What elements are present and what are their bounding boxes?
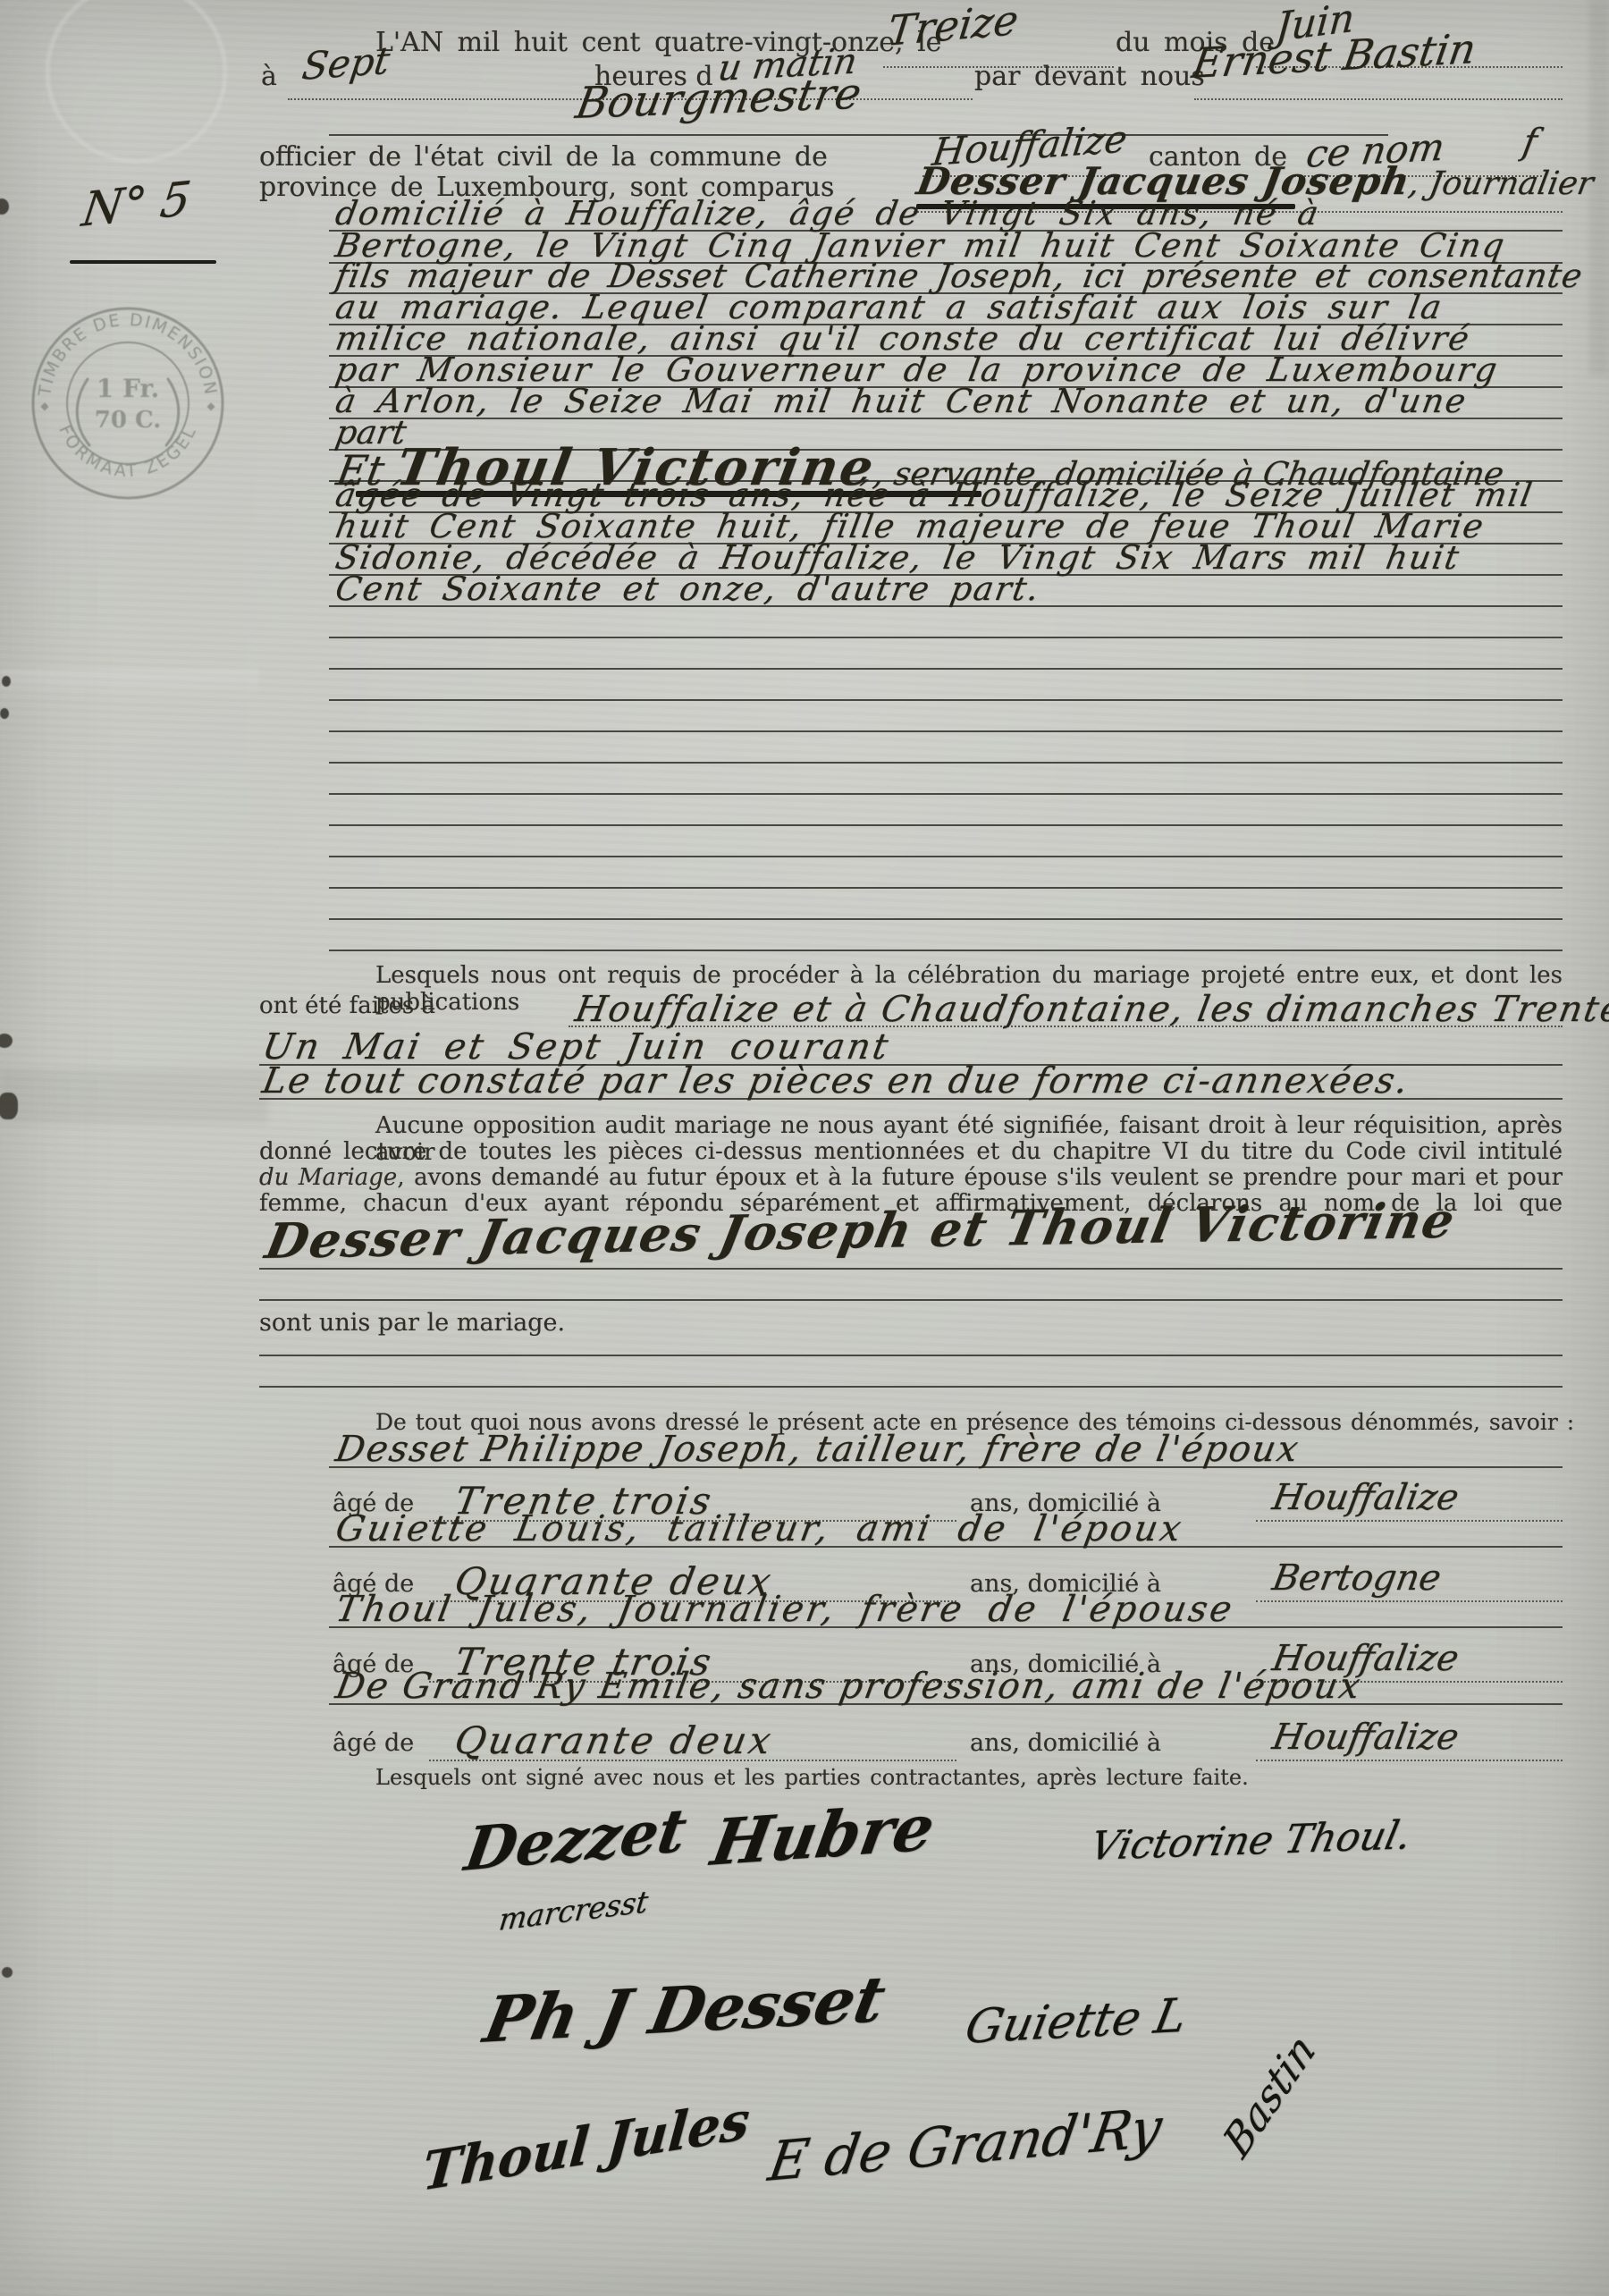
- embossed-seal: [46, 0, 226, 162]
- groom-occupation: , Journalier: [1406, 165, 1596, 202]
- signature: Ph J Desset: [478, 1962, 891, 2057]
- signature: Victorine Thoul.: [1086, 1812, 1416, 1870]
- binding-hole: [0, 1034, 13, 1048]
- witness-age-prefix: âgé de: [333, 1729, 414, 1757]
- marriage-act-scan: N° 5 TIMBRE DE DIMENSION FORMAAT ZEGEL 1…: [0, 0, 1609, 2296]
- handwritten-day: Treize: [885, 0, 1021, 55]
- handwritten-officer-title: Bourgmestre: [572, 69, 865, 129]
- bride-line: Cent Soixante et onze, d'autre part.: [333, 570, 1044, 608]
- dotted-line: [288, 98, 585, 100]
- groom-line: à Arlon, le Seize Mai mil huit Cent Nona…: [333, 382, 1470, 420]
- witness-name-line: Desset Philippe Joseph, tailleur, frère …: [333, 1429, 1303, 1470]
- witness-place: Houffalize: [1269, 1477, 1462, 1518]
- witness-name-line: Guiette Louis, tailleur, ami de l'époux: [333, 1508, 1187, 1549]
- opposition-italic-term: du Mariage: [259, 1164, 397, 1191]
- ruled-line: [329, 762, 1563, 764]
- publications-made-at-label: ont été faites à: [259, 992, 435, 1019]
- fold-streak: [0, 1069, 268, 1123]
- ink-underline: [70, 260, 216, 264]
- fold-streak: [0, 669, 259, 705]
- stamp-ornament-right: ◆: [206, 400, 215, 412]
- publications-places: Houffalize et à Chaudfontaine, les diman…: [572, 989, 1609, 1030]
- witness-name-line: De Grand'Ry Emile, sans profession, ami …: [333, 1666, 1365, 1707]
- ruled-line: [329, 856, 1563, 857]
- witness-name-line: Thoul Jules, Journalier, frère de l'épou…: [333, 1589, 1237, 1630]
- closing-statement: Lesquels ont signé avec nous et les part…: [375, 1765, 1249, 1790]
- ruled-line: [329, 793, 1563, 795]
- signature: E de Grand'Ry: [764, 2096, 1166, 2194]
- ruled-line: [329, 950, 1563, 951]
- dotted-line: [1256, 1760, 1563, 1761]
- binding-hole: [0, 198, 9, 215]
- witness-place: Bertogne: [1269, 1557, 1445, 1599]
- union-statement: sont unis par le mariage.: [259, 1309, 565, 1337]
- ruled-line: [259, 1299, 1563, 1301]
- ruled-line: [259, 1268, 1563, 1270]
- stamp-value-francs: 1 Fr.: [97, 374, 160, 403]
- witness-domicile-label: ans, domicilié à: [970, 1729, 1161, 1757]
- ruled-line: [329, 887, 1563, 889]
- handwritten-paraph: f: [1520, 122, 1540, 163]
- binding-hole: [2, 1967, 13, 1978]
- ruled-line: [329, 668, 1563, 670]
- edge-shadow: [1589, 0, 1609, 376]
- opposition-line: donné lecture de toutes les pièces ci-de…: [259, 1138, 1563, 1165]
- ruled-line: [329, 637, 1563, 638]
- publications-closing: Le tout constaté par les pièces en due f…: [259, 1060, 1412, 1102]
- ruled-line: [329, 699, 1563, 701]
- stamp-value-centimes: 70 C.: [95, 407, 162, 434]
- dotted-line: [1194, 98, 1563, 100]
- printed-at-label: à: [261, 61, 277, 92]
- ruled-line: [329, 730, 1563, 732]
- binding-smudge: [0, 1093, 18, 1119]
- ruled-line: [329, 918, 1563, 920]
- witness-age-value: Quarante deux: [451, 1718, 777, 1762]
- signature: Thoul Jules: [420, 2089, 752, 2203]
- handwritten-hour: Sept: [299, 38, 392, 89]
- dotted-line: [1256, 1600, 1563, 1602]
- signature: Dezzet: [460, 1794, 691, 1885]
- printed-before-us-label: par devant nous: [974, 61, 1205, 92]
- signature: Bastin: [1215, 2023, 1324, 2167]
- printed-commune-line: officier de l'état civil de la commune d…: [259, 141, 828, 173]
- revenue-stamp: TIMBRE DE DIMENSION FORMAAT ZEGEL 1 Fr. …: [25, 300, 231, 506]
- witness-place: Houffalize: [1269, 1717, 1462, 1758]
- ruled-line: [329, 824, 1563, 826]
- binding-hole: [2, 676, 11, 687]
- ruled-line: [259, 1355, 1563, 1356]
- opposition-line-rest: , avons demandé au futur époux et à la f…: [397, 1164, 1563, 1191]
- ruled-line: [259, 1386, 1563, 1388]
- ruled-line: [329, 134, 1388, 136]
- act-number: N° 5: [79, 172, 194, 238]
- binding-hole: [0, 708, 9, 719]
- signature: Guiette L: [961, 1988, 1192, 2055]
- signature: marcresst: [497, 1884, 650, 1937]
- dotted-line: [1256, 1520, 1563, 1522]
- opposition-line: du Mariage, avons demandé au futur époux…: [259, 1164, 1563, 1191]
- signature: Hubre: [706, 1790, 940, 1880]
- stamp-ornament-left: ◆: [40, 400, 49, 412]
